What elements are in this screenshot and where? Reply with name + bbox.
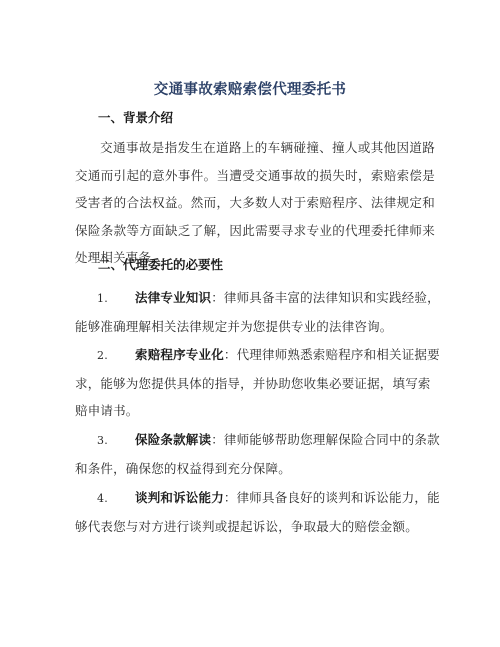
document-page: 交通事故索赔索偿代理委托书 一、背景介绍 交通事故是指发生在道路上的车辆碰撞、撞… <box>0 0 500 647</box>
background-paragraph-text: 交通事故是指发生在道路上的车辆碰撞、撞人或其他因道路交通而引起的意外事件。当遭受… <box>75 140 435 265</box>
list-item-label: 法律专业知识 <box>135 290 211 305</box>
list-number: 1. <box>75 285 135 313</box>
list-number: 4. <box>75 485 135 513</box>
list-number: 2. <box>75 342 135 370</box>
list-item-label: 保险条款解读 <box>135 432 211 447</box>
list-item-negotiation-litigation: 4.谈判和诉讼能力：律师具备良好的谈判和诉讼能力，能够代表您与对方进行谈判或提起… <box>75 484 440 540</box>
list-number: 3. <box>75 427 135 455</box>
document-title: 交通事故索赔索偿代理委托书 <box>0 78 500 99</box>
section-heading-necessity: 二、代理委托的必要性 <box>98 255 223 273</box>
list-item-separator: ： <box>224 347 237 362</box>
list-item-claim-procedure: 2.索赔程序专业化：代理律师熟悉索赔程序和相关证据要求，能够为您提供具体的指导，… <box>75 341 440 425</box>
list-item-insurance-terms: 3.保险条款解读：律师能够帮助您理解保险合同中的条款和条件，确保您的权益得到充分… <box>75 426 440 482</box>
section-heading-background: 一、背景介绍 <box>98 108 173 126</box>
list-item-label: 索赔程序专业化 <box>135 347 224 362</box>
list-item-legal-knowledge: 1.法律专业知识：律师具备丰富的法律知识和实践经验，能够准确理解相关法律规定并为… <box>75 284 440 340</box>
list-item-label: 谈判和诉讼能力 <box>135 490 224 505</box>
list-item-separator: ： <box>224 490 237 505</box>
list-item-separator: ： <box>211 290 224 305</box>
background-paragraph: 交通事故是指发生在道路上的车辆碰撞、撞人或其他因道路交通而引起的意外事件。当遭受… <box>75 134 435 272</box>
list-item-separator: ： <box>211 432 224 447</box>
